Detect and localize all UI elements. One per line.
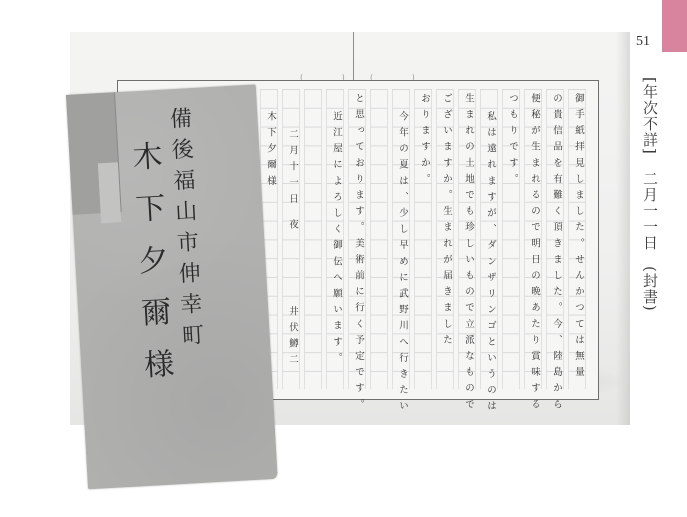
handwritten-line: と思っております。美術前に行く予定です。: [349, 93, 367, 415]
handwritten-line: 今年の夏は、少し早めに武野川へ行きたい: [393, 111, 411, 417]
handwritten-line: ございますか。生まれが届きました: [437, 93, 455, 351]
handwritten-line: つもりです。: [503, 93, 521, 190]
caption-year-note: [年次不詳]: [640, 77, 661, 155]
handwritten-line: 私は遠れますが、ダンザリンゴというのは: [481, 111, 499, 417]
handwritten-line: 木下夕爾様: [261, 111, 279, 192]
handwritten-line: 二月十一日 夜: [283, 129, 301, 235]
page-number: 51: [636, 34, 650, 50]
envelope: 備後福山市伸幸町 木下夕爾様: [66, 84, 278, 489]
handwritten-line: おりますか。: [415, 93, 433, 190]
grid-column: [304, 89, 322, 389]
photo-edge: [616, 32, 630, 425]
photo-caption: [年次不詳] 二月一一日 (封書): [640, 77, 661, 312]
grid-column: [370, 89, 388, 389]
handwritten-line: 近江屋によろしく御伝へ願います。: [327, 111, 345, 369]
handwritten-line: の貴信品を有難く頂きました。今、陸島から: [547, 93, 565, 415]
handwritten-line: 便秘が生まれるので明日の晩あたり賞味する: [525, 93, 543, 415]
caption-type: (封書): [640, 266, 661, 312]
handwritten-line: 生まれの土地でも珍しいもので立派なもので: [459, 93, 477, 415]
handwritten-line: 御手紙拝見しました。せんかつては無量: [569, 93, 587, 383]
caption-date: 二月一一日: [640, 171, 661, 251]
chapter-tab: [662, 0, 687, 52]
envelope-flap-highlight: [98, 162, 121, 223]
signature: 井伏鱒二: [283, 306, 301, 370]
